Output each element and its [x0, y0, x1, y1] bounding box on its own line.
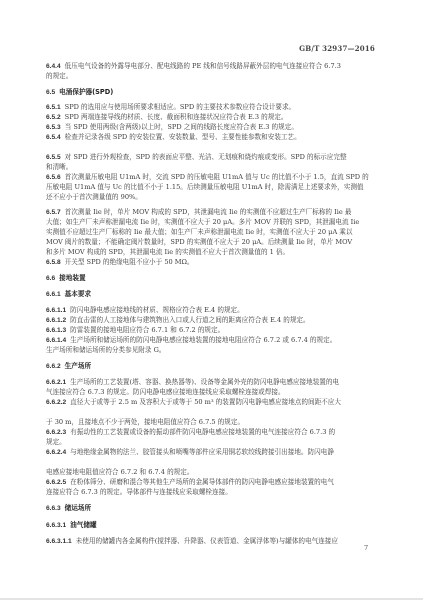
clause-line: 6.5.6首次测量压敏电阻 U1mA 时，交流 SPD 的压敏电阻 U1mA 值…: [46, 173, 376, 182]
clause-number: 6.6.2: [46, 363, 61, 370]
clause-text: 于 30 m，且接地点不少于两处，接地电阻值应符合 6.7.5 的规定。: [46, 418, 244, 426]
clause-number: 6.6.2.5: [46, 479, 66, 486]
clause-text: 连接应符合 6.7.3 的规定。导体部件与连接线应采取螺栓连接。: [46, 488, 232, 496]
clause-text: 实测值不应超过生产厂标称的 Iie 最大值；如生产厂未声称泄漏电流 Iie 时，…: [46, 228, 353, 236]
clause-line: 连接应符合 6.7.3 的规定。导体部件与连接线应采取螺栓连接。: [46, 488, 376, 496]
clause-line: 生产场所和储运场所的分类参见附录 G。: [46, 346, 376, 354]
section-heading: 6.6.2生产场所: [46, 362, 376, 371]
heading-text: 油气储罐: [70, 521, 96, 529]
section-heading: 6.6.3储运场所: [46, 504, 376, 513]
clause-line: 6.6.2.3有振动性的工艺装置或设备的振动部件防闪电静电感应接地装置的电气连接…: [46, 428, 376, 437]
clause-line: 6.5.5对 SPD 进行外观检查，SPD 的表面应平整、光洁、无划痕和烧灼痕或…: [46, 153, 376, 162]
clause-text: 电感应接地电阻值应符合 6.7.2 和 6.7.4 的规定。: [46, 468, 193, 476]
clause-text: 首次测量压敏电阻 U1mA 时，交流 SPD 的压敏电阻 U1mA 值与 Uc …: [65, 173, 369, 181]
clause-text: SPD 的选用应与使用场所要求相适应。SPD 的主要技术参数应符合设计要求。: [65, 103, 295, 111]
clause-line: 6.5.3当 SPD 使用两级(含两级)以上时，SPD 之间的线路长度应符合表 …: [46, 123, 376, 132]
clause-number: 6.6.3.1: [46, 522, 66, 529]
clause-line: 6.5.1SPD 的选用应与使用场所要求相适应。SPD 的主要技术参数应符合设计…: [46, 103, 376, 112]
clause-line: 和清晰。: [46, 163, 376, 171]
clause-number: 6.5: [46, 89, 55, 96]
clause-text: 首次测量 Iie 时，单片 MOV 构成的 SPD，其泄漏电流 Iie 的实测值…: [65, 208, 352, 216]
clause-text: 生产场所和储运场所的防闪电静电感应接地装置的接地电阻应符合 6.7.2 或 6.…: [70, 336, 336, 344]
clause-number: 6.5.1: [46, 104, 61, 111]
clause-text: 生产场所的工艺装置(塔、容器、换热器等)、设备等金属外壳的防闪电静电感应接地装置…: [70, 378, 339, 386]
clause-line: 6.6.1.1防闪电静电感应接地线的材质、规格应符合表 E.4 的规定。: [46, 306, 376, 315]
standard-number: GB/T 32937—2016: [299, 44, 375, 53]
clause-number: 6.6.3.1.1: [46, 538, 72, 545]
heading-text: 储运场所: [65, 504, 91, 512]
clause-number: 6.6.1.1: [46, 307, 66, 314]
clause-number: 6.5.8: [46, 259, 61, 266]
clause-number: 6.6.2.3: [46, 429, 66, 436]
clause-line: 于 30 m，且接地点不少于两处，接地电阻值应符合 6.7.5 的规定。: [46, 418, 376, 426]
clause-number: 6.6.1.3: [46, 327, 66, 334]
clause-line: 6.4.4低压电气设备的外露导电部分、配电线路的 PE 线和信号线路屏蔽外层的电…: [46, 62, 376, 71]
clause-line: 大值；如生产厂未声称泄漏电流 Iie 时，实测值不应大于 20 μA。多片 MO…: [46, 218, 376, 226]
heading-text: 接地装置: [59, 274, 85, 282]
clause-text: 和多片 MOV 构成的 SPD，其泄漏电流 Iie 的实测值不应大于首次测量值的…: [46, 248, 289, 256]
clause-text: 生产场所和储运场所的分类参见附录 G。: [46, 346, 165, 354]
section-heading: 6.6.3.1油气储罐: [46, 521, 376, 530]
clause-number: 6.5.5: [46, 154, 61, 161]
clause-line: 6.6.2.2直径大于或等于 2.5 m 及容积大于或等于 50 m³ 的装置防…: [46, 398, 376, 407]
clause-number: 6.6.2.1: [46, 379, 66, 386]
section-heading: 6.5电涌保护器(SPD): [46, 88, 376, 97]
clause-number: 6.6: [46, 275, 55, 282]
clause-text: 低压电气设备的外露导电部分、配电线路的 PE 线和信号线路屏蔽外层的电气连接应符…: [65, 62, 341, 70]
page-number: 7: [364, 544, 368, 552]
clause-number: 6.5.6: [46, 174, 61, 181]
clause-line: 6.6.2.1生产场所的工艺装置(塔、容器、换热器等)、设备等金属外壳的防闪电静…: [46, 378, 376, 387]
clause-number: 6.6.1: [46, 291, 61, 298]
heading-text: 电涌保护器(SPD): [59, 88, 113, 96]
clause-number: 6.5.7: [46, 209, 61, 216]
clause-line: 6.6.1.3防雷装置的接地电阻应符合 6.7.1 和 6.7.2 的规定。: [46, 326, 376, 335]
clause-text: 直径大于或等于 2.5 m 及容积大于或等于 50 m³ 的装置防闪电静电感应接…: [70, 398, 341, 406]
clause-line: 还不应小于首次测量值的 90%。: [46, 193, 376, 201]
clause-number: 6.6.1.4: [46, 337, 66, 344]
clause-text: 防雷装置的接地电阻应符合 6.7.1 和 6.7.2 的规定。: [70, 326, 224, 334]
clause-text: 的规定。: [46, 72, 72, 80]
clause-number: 6.4.4: [46, 63, 61, 70]
clause-text: 开关型 SPD 的绝缘电阻不应小于 50 MΩ。: [65, 258, 194, 266]
clause-number: 6.5.4: [46, 134, 61, 141]
clause-line: 6.5.7首次测量 Iie 时，单片 MOV 构成的 SPD，其泄漏电流 Iie…: [46, 208, 376, 217]
clause-line: 6.6.2.4与地绝缘金属物的法兰、胶管接头和喷嘴等部件应采用铜芯软绞线跨接引出…: [46, 448, 376, 457]
clause-line: 6.5.2SPD 两端连接导线的材质、长度、截面积和连接状况应符合表 E.3 的…: [46, 113, 376, 122]
heading-text: 生产场所: [65, 362, 91, 370]
clause-line: 6.6.1.4生产场所和储运场所的防闪电静电感应接地装置的接地电阻应符合 6.7…: [46, 336, 376, 345]
clause-text: SPD 两端连接导线的材质、长度、截面积和连接状况应符合表 E.3 的规定。: [65, 113, 288, 121]
clause-number: 6.6.2.4: [46, 449, 66, 456]
clause-line: 实测值不应超过生产厂标称的 Iie 最大值；如生产厂未声称泄漏电流 Iie 时，…: [46, 228, 376, 236]
clause-line: 6.6.2.5在粉体筛分、研磨和混合等其他生产场所的金属导体部件的防闪电静电感应…: [46, 478, 376, 487]
clause-text: 还不应小于首次测量值的 90%。: [46, 193, 142, 201]
section-heading: 6.6接地装置: [46, 274, 376, 283]
clause-text: MOV 阀片的数量；不能确定阀片数量时，SPD 的实测值不应大于 20 μA。后…: [46, 238, 352, 246]
clause-text: 气连接应符合 6.7.3 的规定。防闪电静电感应接地连接线应采取螺栓连接或焊接。: [46, 388, 285, 396]
clause-number: 6.5.2: [46, 114, 61, 121]
clause-text: 检查并记录各级 SPD 的安装位置、安装数量、型号、主要性能参数和安装工艺。: [65, 133, 301, 141]
clause-line: 6.6.3.1.1未使用的储罐内各金属构件(搅拌器、升降器、仪表管道、金属浮体等…: [46, 537, 376, 546]
clause-text: 规定。: [46, 438, 66, 446]
clause-number: 6.5.3: [46, 124, 61, 131]
clause-number: 6.6.2.2: [46, 399, 66, 406]
clause-text: 未使用的储罐内各金属构件(搅拌器、升降器、仪表管道、金属浮体等)与罐体的电气连接…: [76, 537, 338, 545]
clause-text: 对 SPD 进行外观检查，SPD 的表面应平整、光洁、无划痕和烧灼痕或变形。SP…: [65, 153, 347, 161]
clause-line: 规定。: [46, 438, 376, 446]
clause-text: 防直击雷的人工接地体与建筑物出入口或人行道之间的距离应符合表 E.4 的规定。: [70, 316, 309, 324]
clause-text: 和清晰。: [46, 163, 72, 171]
clause-line: 6.6.1.2防直击雷的人工接地体与建筑物出入口或人行道之间的距离应符合表 E.…: [46, 316, 376, 325]
section-heading: 6.6.1基本要求: [46, 290, 376, 299]
clause-line: 和多片 MOV 构成的 SPD，其泄漏电流 Iie 的实测值不应大于首次测量值的…: [46, 248, 376, 256]
clause-line: 6.5.8开关型 SPD 的绝缘电阻不应小于 50 MΩ。: [46, 258, 376, 267]
clause-line: 气连接应符合 6.7.3 的规定。防闪电静电感应接地连接线应采取螺栓连接或焊接。: [46, 388, 376, 396]
document-page: GB/T 32937—2016 6.4.4低压电气设备的外露导电部分、配电线路的…: [0, 0, 423, 598]
clause-line: 电感应接地电阻值应符合 6.7.2 和 6.7.4 的规定。: [46, 468, 376, 476]
clause-line: MOV 阀片的数量；不能确定阀片数量时，SPD 的实测值不应大于 20 μA。后…: [46, 238, 376, 246]
clause-line: 压敏电阻 U1mA 值与 Uc 的比值不小于 1.15。后续测量压敏电阻 U1m…: [46, 183, 376, 191]
clause-text: 大值；如生产厂未声称泄漏电流 Iie 时，实测值不应大于 20 μA。多片 MO…: [46, 218, 359, 226]
heading-text: 基本要求: [65, 290, 91, 298]
clause-text: 防闪电静电感应接地线的材质、规格应符合表 E.4 的规定。: [70, 306, 244, 314]
clause-number: 6.6.1.2: [46, 317, 66, 324]
clause-text: 与地绝缘金属物的法兰、胶管接头和喷嘴等部件应采用铜芯软绞线跨接引出接地。防闪电静: [70, 448, 334, 456]
clause-line: 6.5.4检查并记录各级 SPD 的安装位置、安装数量、型号、主要性能参数和安装…: [46, 133, 376, 142]
clause-text: 在粉体筛分、研磨和混合等其他生产场所的金属导体部件的防闪电静电感应接地装置的电气: [70, 478, 334, 486]
clause-line: 的规定。: [46, 72, 376, 80]
clause-text: 压敏电阻 U1mA 值与 Uc 的比值不小于 1.15。后续测量压敏电阻 U1m…: [46, 183, 364, 191]
clause-text: 有振动性的工艺装置或设备的振动部件防闪电静电感应接地装置的电气连接应符合 6.7…: [70, 428, 335, 436]
clause-text: 当 SPD 使用两级(含两级)以上时，SPD 之间的线路长度应符合表 E.3 的…: [65, 123, 298, 131]
clause-number: 6.6.3: [46, 505, 61, 512]
